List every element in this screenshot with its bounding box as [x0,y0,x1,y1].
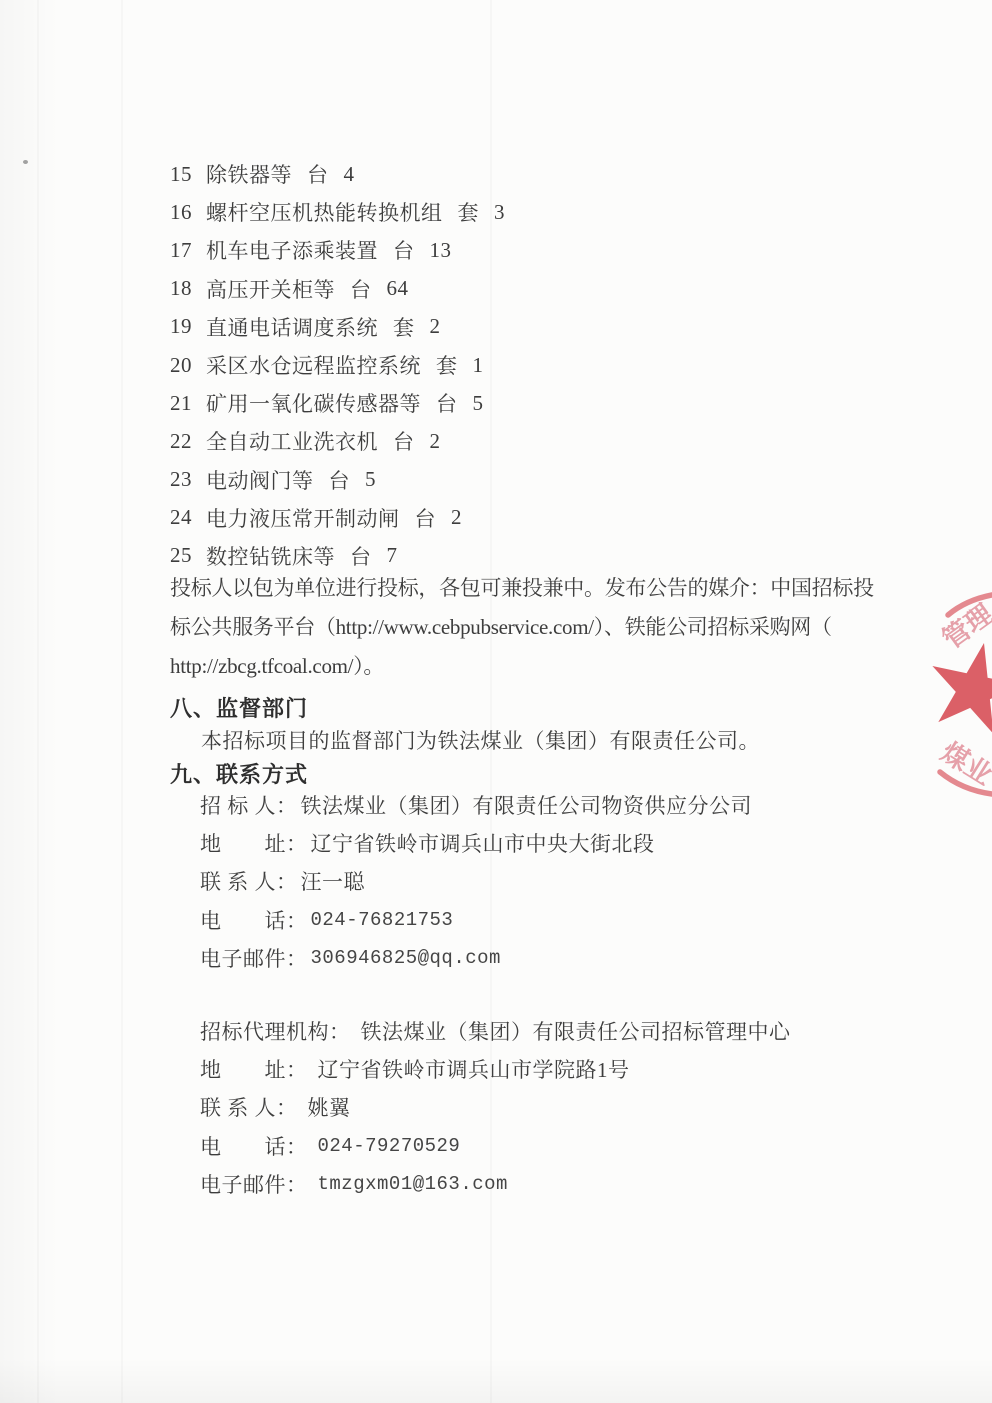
tenderer-row: 电 话：024-76821753 [200,901,752,939]
item-unit: 套 [436,350,458,380]
item-qty: 2 [430,314,441,339]
item-qty: 2 [451,505,462,530]
item-qty: 2 [430,429,441,454]
row-value: 姚翼 [308,1092,351,1122]
seal-text-bottom: 煤业 [936,737,992,791]
bid-announcement-paragraph: 投标人以包为单位进行投标，各包可兼投兼中。发布公告的媒介：中国招标投 标公共服务… [170,568,874,684]
scanned-document-page: 15除铁器等台4 16螺杆空压机热能转换机组套3 17机车电子添乘装置台13 1… [0,0,992,1403]
row-value: 024-79270529 [318,1135,461,1157]
item-name: 机车电子添乘装置 [206,235,378,265]
paragraph-line: 投标人以包为单位进行投标，各包可兼投兼中。发布公告的媒介：中国招标投 [170,568,874,607]
item-number: 16 [170,200,192,225]
item-qty: 5 [365,467,376,492]
tenderer-row: 招 标 人：铁法煤业（集团）有限责任公司物资供应分公司 [200,786,752,824]
list-item: 16螺杆空压机热能转换机组套3 [170,193,505,231]
item-unit: 台 [350,274,372,304]
item-qty: 13 [430,238,452,263]
item-number: 23 [170,467,192,492]
row-value: 汪一聪 [301,866,366,896]
item-name: 直通电话调度系统 [206,312,378,342]
item-name: 全自动工业洗衣机 [206,426,378,456]
section-heading-supervision: 八、监督部门 [170,692,308,723]
row-value: 辽宁省铁岭市调兵山市学院路1号 [318,1054,630,1084]
agency-contact-block: 招标代理机构：铁法煤业（集团）有限责任公司招标管理中心 地 址：辽宁省铁岭市调兵… [200,1012,791,1203]
tenderer-row: 电子邮件：306946825@qq.com [200,939,752,977]
item-name: 数控钻铣床等 [206,541,335,571]
row-value: tmzgxm01@163.com [318,1173,508,1195]
row-label: 地 址： [200,1054,308,1084]
company-seal: 管理 煤业 [930,583,992,801]
agency-row: 联 系 人：姚翼 [200,1088,791,1126]
item-unit: 台 [415,503,437,533]
list-item: 19直通电话调度系统套2 [170,308,505,346]
item-number: 25 [170,543,192,568]
agency-row: 电子邮件：tmzgxm01@163.com [200,1165,791,1203]
item-name: 螺杆空压机热能转换机组 [206,197,443,227]
list-item: 15除铁器等台4 [170,155,505,193]
item-unit: 台 [329,465,351,495]
paragraph-line: 标公共服务平台（http://www.cebpubservice.com/）、铁… [170,607,874,646]
item-name: 采区水仓远程监控系统 [206,350,421,380]
tenderer-row: 联 系 人：汪一聪 [200,862,752,900]
item-number: 18 [170,276,192,301]
item-number: 17 [170,238,192,263]
item-qty: 3 [494,200,505,225]
row-label: 招标代理机构： [200,1016,351,1046]
item-qty: 5 [473,391,484,416]
row-label: 电子邮件： [200,943,308,973]
item-name: 电力液压常开制动闸 [206,503,400,533]
item-unit: 台 [393,426,415,456]
scan-bottom-shade [0,1358,992,1403]
row-value: 铁法煤业（集团）有限责任公司物资供应分公司 [301,790,753,820]
list-item: 23电动阀门等台5 [170,461,505,499]
equipment-list: 15除铁器等台4 16螺杆空压机热能转换机组套3 17机车电子添乘装置台13 1… [170,155,505,575]
item-unit: 台 [350,541,372,571]
supervision-body-text: 本招标项目的监督部门为铁法煤业（集团）有限责任公司。 [201,725,760,755]
item-name: 高压开关柜等 [206,274,335,304]
scan-artifact-line [37,0,39,1403]
list-item: 22全自动工业洗衣机台2 [170,422,505,460]
item-qty: 64 [387,276,409,301]
row-label: 电子邮件： [200,1169,308,1199]
row-label: 电 话： [200,1131,308,1161]
item-number: 19 [170,314,192,339]
item-name: 矿用一氧化碳传感器等 [206,388,421,418]
tenderer-contact-block: 招 标 人：铁法煤业（集团）有限责任公司物资供应分公司 地 址：辽宁省铁岭市调兵… [200,786,752,977]
item-number: 15 [170,162,192,187]
item-qty: 7 [387,543,398,568]
item-unit: 台 [436,388,458,418]
agency-row: 地 址：辽宁省铁岭市调兵山市学院路1号 [200,1050,791,1088]
item-number: 22 [170,429,192,454]
item-unit: 套 [393,312,415,342]
scan-edge-shade [0,0,60,1403]
ink-dot [23,160,28,164]
row-label: 联 系 人： [200,1092,298,1122]
agency-row: 电 话：024-79270529 [200,1127,791,1165]
item-qty: 4 [344,162,355,187]
item-name: 电动阀门等 [206,465,314,495]
row-label: 电 话： [200,905,308,935]
tenderer-row: 地 址：辽宁省铁岭市调兵山市中央大街北段 [200,824,752,862]
row-value: 铁法煤业（集团）有限责任公司招标管理中心 [361,1016,791,1046]
section-heading-contact: 九、联系方式 [170,758,308,789]
row-label: 地 址： [200,828,308,858]
row-label: 联 系 人： [200,866,298,896]
list-item: 18高压开关柜等台64 [170,270,505,308]
row-value: 306946825@qq.com [311,947,501,969]
row-value: 辽宁省铁岭市调兵山市中央大街北段 [311,828,655,858]
list-item: 21矿用一氧化碳传感器等台5 [170,384,505,422]
item-number: 20 [170,353,192,378]
scan-artifact-line [121,0,123,1403]
agency-row: 招标代理机构：铁法煤业（集团）有限责任公司招标管理中心 [200,1012,791,1050]
seal-star-icon [932,643,992,734]
list-item: 17机车电子添乘装置台13 [170,231,505,269]
paragraph-line: http://zbcg.tfcoal.com/）。 [170,646,874,685]
item-unit: 台 [307,159,329,189]
list-item: 24电力液压常开制动闸台2 [170,499,505,537]
row-value: 024-76821753 [311,909,454,931]
item-qty: 1 [473,353,484,378]
item-unit: 台 [393,235,415,265]
item-number: 24 [170,505,192,530]
item-unit: 套 [458,197,480,227]
item-name: 除铁器等 [206,159,292,189]
item-number: 21 [170,391,192,416]
row-label: 招 标 人： [200,790,298,820]
list-item: 20采区水仓远程监控系统套1 [170,346,505,384]
